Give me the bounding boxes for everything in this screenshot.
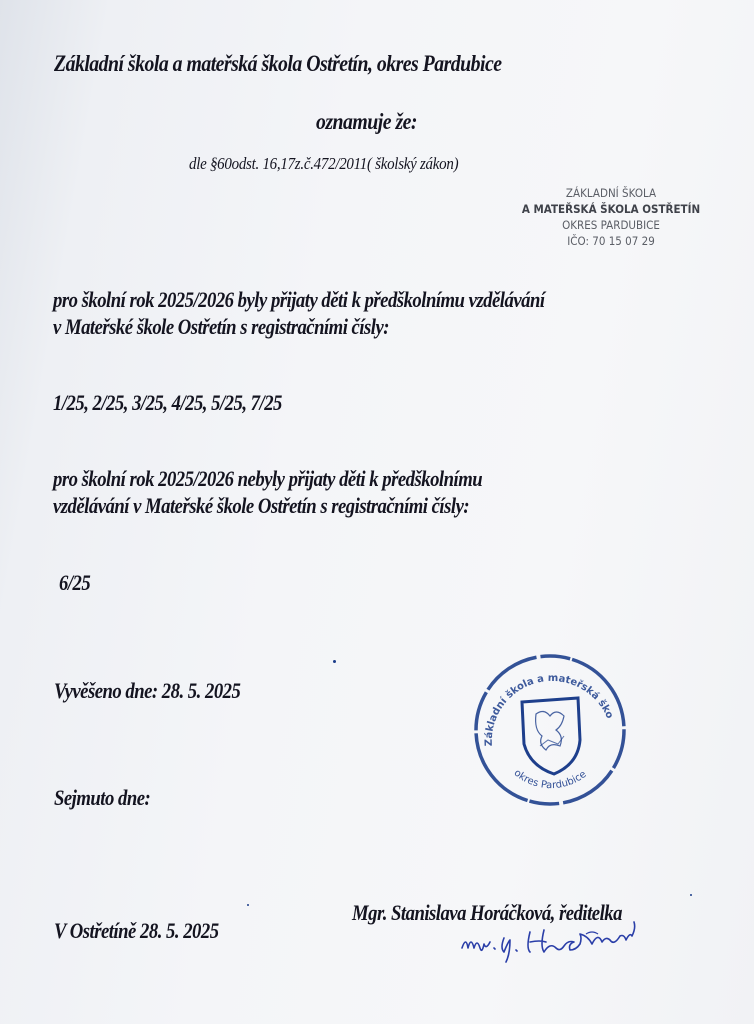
- accepted-line-2: v Mateřské škole Ostřetín s registračním…: [53, 314, 389, 340]
- place-and-date: V Ostřetíně 28. 5. 2025: [54, 918, 219, 944]
- ink-speck: [690, 894, 692, 896]
- accepted-numbers: 1/25, 2/25, 3/25, 4/25, 5/25, 7/25: [53, 390, 282, 416]
- stamp-line-2: A MATEŘSKÁ ŠKOLA OSTŘETÍN: [511, 201, 711, 217]
- stamp-top-text: Základní škola a mateřská škola Ostřetín: [470, 650, 615, 746]
- announces-text: oznamuje že:: [316, 109, 417, 135]
- ink-speck: [333, 660, 336, 663]
- document-heading: Základní škola a mateřská škola Ostřetín…: [54, 51, 502, 77]
- accepted-line-1: pro školní rok 2025/2026 byly přijaty dě…: [53, 287, 545, 313]
- stamp-line-3: OKRES PARDUBICE: [511, 217, 711, 233]
- removed-date: Sejmuto dne:: [54, 785, 150, 811]
- handwritten-signature: [456, 918, 686, 964]
- round-school-stamp: Základní škola a mateřská škola Ostřetín…: [470, 650, 630, 810]
- rejected-line-2: vzdělávání v Mateřské škole Ostřetín s r…: [53, 493, 469, 519]
- rejected-line-1: pro školní rok 2025/2026 nebyly přijaty …: [53, 466, 482, 492]
- rejected-numbers: 6/25: [59, 570, 90, 596]
- svg-text:Základní škola a mateřská škol: Základní škola a mateřská škola Ostřetín: [470, 650, 615, 746]
- coat-of-arms-icon: [522, 698, 580, 774]
- stamp-line-4: IČO: 70 15 07 29: [511, 233, 711, 249]
- posted-date: Vyvěšeno dne: 28. 5. 2025: [54, 678, 240, 704]
- legal-basis: dle §60odst. 16,17z.č.472/2011( školský …: [189, 154, 458, 174]
- stamp-line-1: ZÁKLADNÍ ŠKOLA: [511, 185, 711, 201]
- school-rectangular-stamp: ZÁKLADNÍ ŠKOLA A MATEŘSKÁ ŠKOLA OSTŘETÍN…: [511, 185, 711, 249]
- ink-speck: [247, 904, 249, 906]
